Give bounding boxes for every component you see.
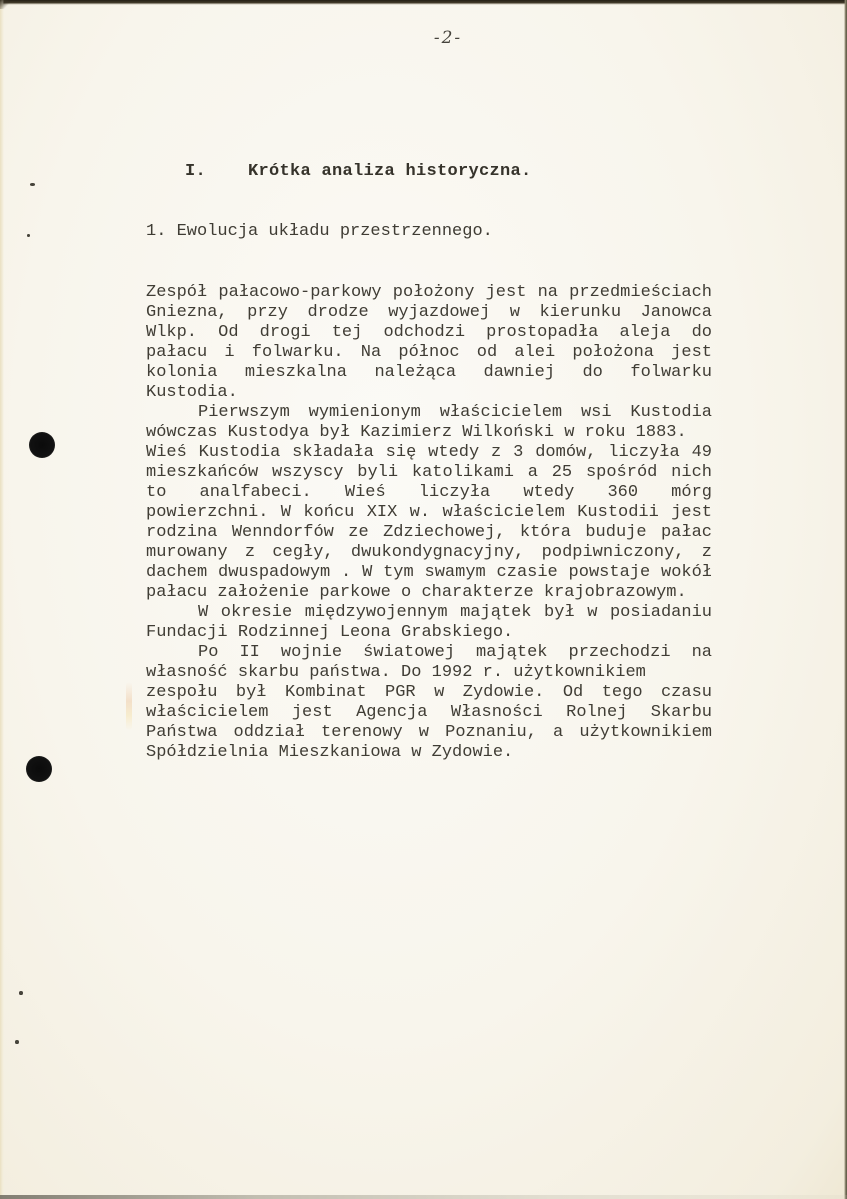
body-line: pałacu i folwarku. Na północ od alei poł… bbox=[146, 343, 712, 363]
body-line: wówczas Kustodya był Kazimierz Wilkoński… bbox=[146, 423, 712, 443]
scan-edge-left bbox=[0, 0, 4, 1199]
body-line: Państwa oddział terenowy w Poznaniu, a u… bbox=[146, 723, 712, 743]
body-line: Zespół pałacowo-parkowy położony jest na… bbox=[146, 283, 712, 303]
body-line: Po II wojnie światowej majątek przechodz… bbox=[146, 643, 712, 663]
body-line: własność skarbu państwa. Do 1992 r. użyt… bbox=[146, 663, 712, 683]
ink-speck bbox=[27, 234, 30, 237]
scanned-document-page: -2- I. Krótka analiza historyczna. 1. Ew… bbox=[0, 0, 847, 1199]
ink-speck bbox=[19, 991, 23, 995]
page-number: -2- bbox=[408, 28, 488, 48]
document-body: Zespół pałacowo-parkowy położony jest na… bbox=[146, 283, 712, 763]
body-line: Kustodia. bbox=[146, 383, 712, 403]
paper-smudge bbox=[126, 682, 132, 730]
body-line: powierzchni. W końcu XIX w. właścicielem… bbox=[146, 503, 712, 523]
body-line: rodzina Wenndorfów ze Zdziechowej, która… bbox=[146, 523, 712, 543]
body-line: dachem dwuspadowym . W tym swamym czasie… bbox=[146, 563, 712, 583]
body-line: Spółdzielnia Mieszkaniowa w Zydowie. bbox=[146, 743, 712, 763]
body-line: pałacu założenie parkowe o charakterze k… bbox=[146, 583, 712, 603]
body-line: Wlkp. Od drogi tej odchodzi prostopadła … bbox=[146, 323, 712, 343]
body-line: Wieś Kustodia składała się wtedy z 3 dom… bbox=[146, 443, 712, 463]
scan-edge-bottom bbox=[0, 1195, 847, 1199]
ink-speck bbox=[30, 183, 35, 186]
punch-hole-top bbox=[29, 432, 55, 458]
body-line: Pierwszym wymienionym właścicielem wsi K… bbox=[146, 403, 712, 423]
ink-speck bbox=[15, 1040, 19, 1044]
body-line: murowany z cegły, dwukondygnacyjny, podp… bbox=[146, 543, 712, 563]
body-line: Gniezna, przy drodze wyjazdowej w kierun… bbox=[146, 303, 712, 323]
body-line: zespołu był Kombinat PGR w Zydowie. Od t… bbox=[146, 683, 712, 703]
scan-edge-top bbox=[0, 0, 847, 5]
scan-corner-top-left bbox=[0, 0, 10, 9]
punch-hole-bottom bbox=[26, 756, 52, 782]
body-line: kolonia mieszkalna należąca dawniej do f… bbox=[146, 363, 712, 383]
subsection-heading: 1. Ewolucja układu przestrzennego. bbox=[146, 222, 493, 241]
body-line: właścicielem jest Agencja Własności Roln… bbox=[146, 703, 712, 723]
body-line: to analfabeci. Wieś liczyła wtedy 360 mó… bbox=[146, 483, 712, 503]
body-line: W okresie międzywojennym majątek był w p… bbox=[146, 603, 712, 623]
body-line: mieszkańców wszyscy byli katolikami a 25… bbox=[146, 463, 712, 483]
section-heading: I. Krótka analiza historyczna. bbox=[185, 162, 532, 181]
body-line: Fundacji Rodzinnej Leona Grabskiego. bbox=[146, 623, 712, 643]
